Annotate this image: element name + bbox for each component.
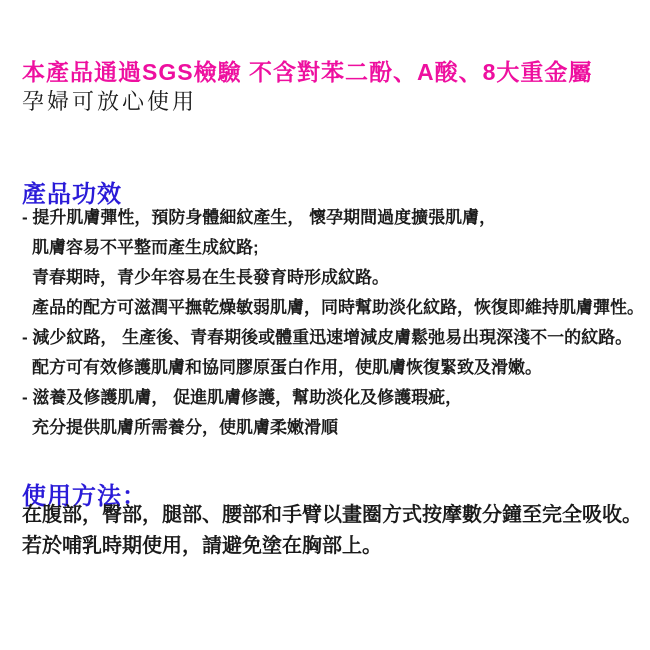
efficacy-line: - 減少紋路， 生產後、青春期後或體重迅速增減皮膚鬆弛易出現深淺不一的紋路。 <box>22 323 644 353</box>
efficacy-line: - 提升肌膚彈性，預防身體細紋產生， 懷孕期間過度擴張肌膚， <box>22 203 644 233</box>
efficacy-line: 配方可有效修護肌膚和協同膠原蛋白作用，使肌膚恢復緊致及滑嫩。 <box>22 353 644 383</box>
pregnancy-safe-subline: 孕婦可放心使用 <box>22 85 197 116</box>
efficacy-line: - 滋養及修護肌膚， 促進肌膚修護，幫助淡化及修護瑕疵， <box>22 383 644 413</box>
usage-lines: 在腹部，臀部，腿部、腰部和手臂以畫圈方式按摩數分鐘至完全吸收。 若於哺乳時期使用… <box>22 500 642 562</box>
efficacy-line: 肌膚容易不平整而產生成紋路; <box>22 233 644 263</box>
sgs-certification-headline: 本產品通過SGS檢驗 不含對苯二酚、A酸、8大重金屬 <box>22 54 592 87</box>
efficacy-lines: - 提升肌膚彈性，預防身體細紋產生， 懷孕期間過度擴張肌膚， 肌膚容易不平整而產… <box>22 203 644 443</box>
product-description-page: 本產品通過SGS檢驗 不含對苯二酚、A酸、8大重金屬 孕婦可放心使用 產品功效 … <box>0 0 650 650</box>
efficacy-line: 產品的配方可滋潤平撫乾燥敏弱肌膚，同時幫助淡化紋路，恢復即維持肌膚彈性。 <box>22 293 644 323</box>
usage-line: 若於哺乳時期使用，請避免塗在胸部上。 <box>22 531 642 562</box>
efficacy-line: 充分提供肌膚所需養分，使肌膚柔嫩滑順 <box>22 413 644 443</box>
efficacy-line: 青春期時，青少年容易在生長發育時形成紋路。 <box>22 263 644 293</box>
usage-line: 在腹部，臀部，腿部、腰部和手臂以畫圈方式按摩數分鐘至完全吸收。 <box>22 500 642 531</box>
